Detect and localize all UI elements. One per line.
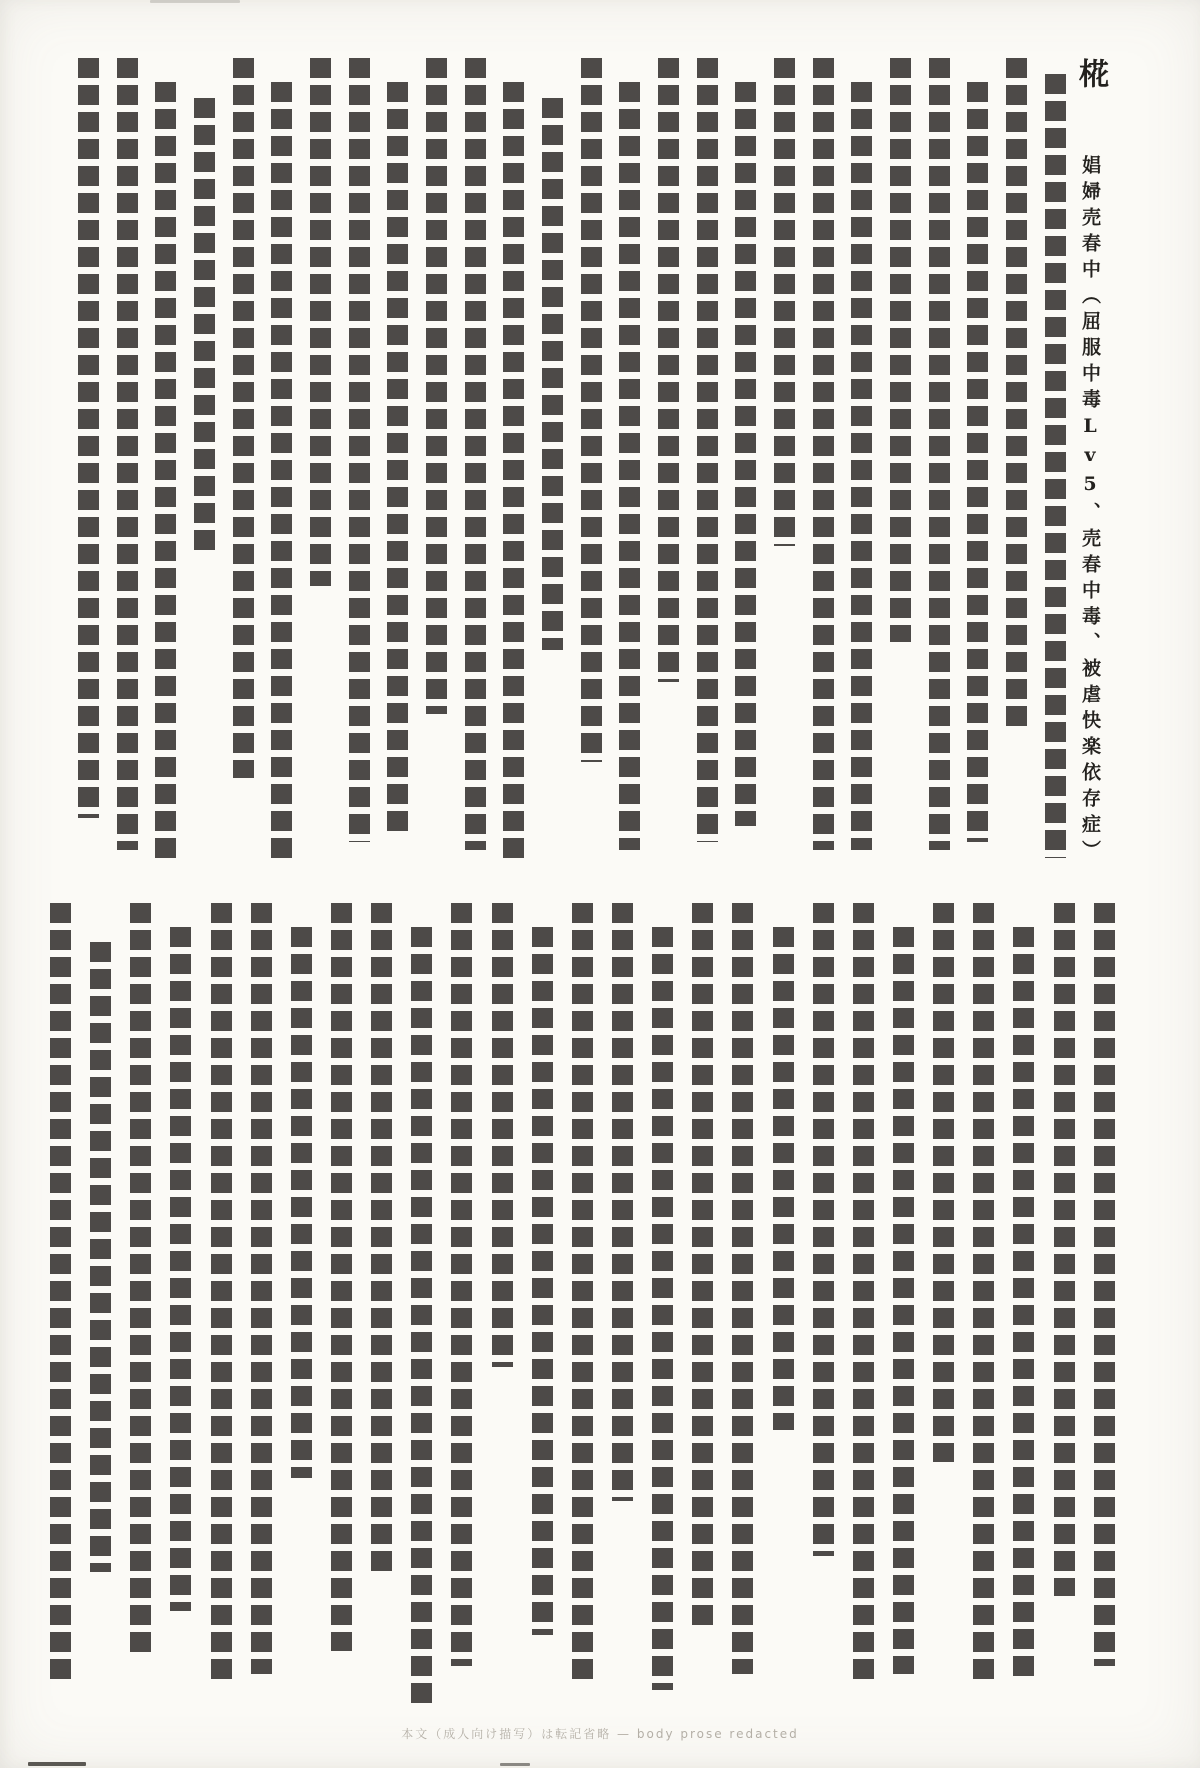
redacted-text-column [130,903,151,1690]
redacted-text-column [233,58,254,858]
redacted-text-column [532,903,553,1690]
redacted-text-column [890,58,911,858]
redacted-text-column [774,58,795,858]
redacted-text-column [1054,903,1075,1690]
redacted-text-column [387,58,408,858]
redacted-text-column [426,58,447,858]
redacted-text-column [310,58,331,858]
redacted-text-column [652,903,673,1690]
redacted-text-column [371,903,392,1690]
redacted-text-column [813,903,834,1690]
redacted-text-column [851,58,872,858]
redacted-text-column [658,58,679,858]
redacted-text-column [773,903,794,1690]
redacted-text-column [1006,58,1027,858]
redacted-text-column [170,903,191,1690]
page-subtitle: 娼婦売春中（屈服中毒Lv5、売春中毒、被虐快楽依存症） [1079,155,1101,866]
redacted-text-column [331,903,352,1690]
scan-artifact [150,0,240,3]
redacted-text-column [155,58,176,858]
redacted-text-column [251,903,272,1690]
redacted-text-column [411,903,432,1690]
redacted-text-column [1045,58,1066,858]
redacted-text-column [893,903,914,1690]
redacted-text-column [929,58,950,858]
redacted-text-column [572,903,593,1690]
page-title: 椛 [1073,58,1108,94]
redaction-notice: 本文（成人向け描写）は転記省略 — body prose redacted [0,1725,1200,1742]
redacted-text-column [211,903,232,1690]
redacted-text-column [492,903,513,1690]
redacted-text-column [813,58,834,858]
redacted-text-column [732,903,753,1690]
redacted-text-column [50,903,71,1690]
redacted-text-column [465,58,486,858]
redacted-text-column [1013,903,1034,1690]
redacted-text-column [194,58,215,858]
redacted-text-column [581,58,602,858]
redacted-text-column [271,58,292,858]
redacted-text-column [349,58,370,858]
redacted-text-column [735,58,756,858]
redacted-text-column [117,58,138,858]
scanned-page: 椛 娼婦売春中（屈服中毒Lv5、売春中毒、被虐快楽依存症） 本文（成人向け描写）… [0,0,1200,1768]
redacted-text-column [853,903,874,1690]
redacted-text-column [619,58,640,858]
title-column: 椛 娼婦売春中（屈服中毒Lv5、売春中毒、被虐快楽依存症） [1068,58,1112,878]
redacted-text-column [291,903,312,1690]
redacted-text-column [967,58,988,858]
redacted-text-column [1094,903,1115,1690]
redacted-text-column [451,903,472,1690]
bottom-text-block [50,903,1115,1690]
scan-artifact [500,1763,530,1766]
redacted-text-column [933,903,954,1690]
scan-artifact [28,1762,86,1766]
redacted-text-column [612,903,633,1690]
redacted-text-column [692,903,713,1690]
redacted-text-column [697,58,718,858]
redacted-text-column [542,58,563,858]
redacted-text-column [78,58,99,858]
top-text-block [78,58,1066,858]
redacted-text-column [973,903,994,1690]
redacted-text-column [503,58,524,858]
redacted-text-column [90,903,111,1690]
